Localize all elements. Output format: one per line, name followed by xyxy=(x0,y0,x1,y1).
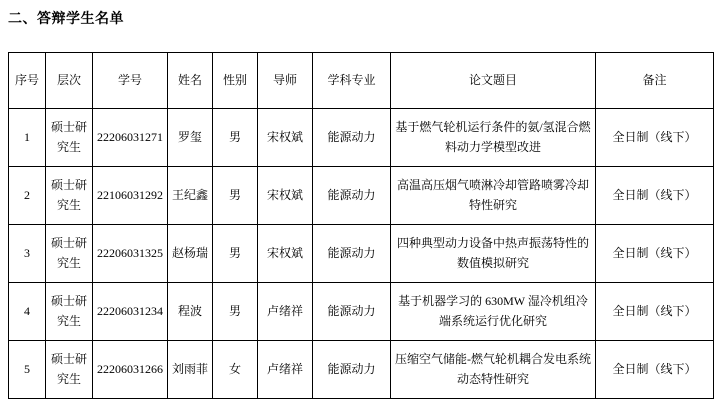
cell-level: 硕士研究生 xyxy=(46,341,93,399)
header-advisor: 导师 xyxy=(258,53,313,109)
cell-name: 王纪鑫 xyxy=(168,167,213,225)
header-major: 学科专业 xyxy=(313,53,391,109)
header-note: 备注 xyxy=(596,53,714,109)
cell-student-id: 22206031266 xyxy=(93,341,168,399)
cell-major: 能源动力 xyxy=(313,341,391,399)
cell-name: 程波 xyxy=(168,283,213,341)
cell-advisor: 卢绪祥 xyxy=(258,341,313,399)
table-header-row: 序号 层次 学号 姓名 性别 导师 学科专业 论文题目 备注 xyxy=(9,53,714,109)
cell-student-id: 22106031292 xyxy=(93,167,168,225)
cell-gender: 男 xyxy=(213,283,258,341)
table-row: 1 硕士研究生 22206031271 罗玺 男 宋权斌 能源动力 基于燃气轮机… xyxy=(9,109,714,167)
cell-no: 1 xyxy=(9,109,46,167)
cell-advisor: 宋权斌 xyxy=(258,167,313,225)
cell-advisor: 宋权斌 xyxy=(258,225,313,283)
table-row: 3 硕士研究生 22206031325 赵杨瑞 男 宋权斌 能源动力 四种典型动… xyxy=(9,225,714,283)
cell-major: 能源动力 xyxy=(313,109,391,167)
cell-no: 2 xyxy=(9,167,46,225)
cell-level: 硕士研究生 xyxy=(46,225,93,283)
cell-no: 4 xyxy=(9,283,46,341)
cell-name: 刘雨菲 xyxy=(168,341,213,399)
table-row: 2 硕士研究生 22106031292 王纪鑫 男 宋权斌 能源动力 高温高压烟… xyxy=(9,167,714,225)
cell-no: 5 xyxy=(9,341,46,399)
cell-thesis: 基于燃气轮机运行条件的氨/氢混合燃料动力学模型改进 xyxy=(391,109,596,167)
cell-gender: 女 xyxy=(213,341,258,399)
cell-major: 能源动力 xyxy=(313,283,391,341)
cell-name: 罗玺 xyxy=(168,109,213,167)
cell-thesis: 压缩空气储能-燃气轮机耦合发电系统动态特性研究 xyxy=(391,341,596,399)
defense-student-table: 序号 层次 学号 姓名 性别 导师 学科专业 论文题目 备注 1 硕士研究生 2… xyxy=(8,52,714,399)
cell-advisor: 卢绪祥 xyxy=(258,283,313,341)
header-name: 姓名 xyxy=(168,53,213,109)
cell-level: 硕士研究生 xyxy=(46,283,93,341)
section-title: 二、答辩学生名单 xyxy=(8,8,124,28)
cell-thesis: 四种典型动力设备中热声振荡特性的数值模拟研究 xyxy=(391,225,596,283)
header-no: 序号 xyxy=(9,53,46,109)
document-page: 二、答辩学生名单 序号 层次 学号 姓名 性别 导师 学科专业 论文题目 备注 xyxy=(0,0,720,413)
cell-note: 全日制（线下） xyxy=(596,109,714,167)
cell-note: 全日制（线下） xyxy=(596,283,714,341)
cell-level: 硕士研究生 xyxy=(46,167,93,225)
cell-student-id: 22206031325 xyxy=(93,225,168,283)
cell-major: 能源动力 xyxy=(313,225,391,283)
cell-note: 全日制（线下） xyxy=(596,167,714,225)
header-thesis: 论文题目 xyxy=(391,53,596,109)
header-level: 层次 xyxy=(46,53,93,109)
table-row: 5 硕士研究生 22206031266 刘雨菲 女 卢绪祥 能源动力 压缩空气储… xyxy=(9,341,714,399)
cell-gender: 男 xyxy=(213,109,258,167)
cell-level: 硕士研究生 xyxy=(46,109,93,167)
cell-major: 能源动力 xyxy=(313,167,391,225)
table-row: 4 硕士研究生 22206031234 程波 男 卢绪祥 能源动力 基于机器学习… xyxy=(9,283,714,341)
cell-no: 3 xyxy=(9,225,46,283)
cell-name: 赵杨瑞 xyxy=(168,225,213,283)
cell-student-id: 22206031271 xyxy=(93,109,168,167)
cell-thesis: 高温高压烟气喷淋冷却管路喷雾冷却特性研究 xyxy=(391,167,596,225)
cell-gender: 男 xyxy=(213,167,258,225)
cell-advisor: 宋权斌 xyxy=(258,109,313,167)
cell-gender: 男 xyxy=(213,225,258,283)
cell-thesis: 基于机器学习的 630MW 湿冷机组冷端系统运行优化研究 xyxy=(391,283,596,341)
cell-student-id: 22206031234 xyxy=(93,283,168,341)
header-student-id: 学号 xyxy=(93,53,168,109)
cell-note: 全日制（线下） xyxy=(596,225,714,283)
cell-note: 全日制（线下） xyxy=(596,341,714,399)
header-gender: 性别 xyxy=(213,53,258,109)
